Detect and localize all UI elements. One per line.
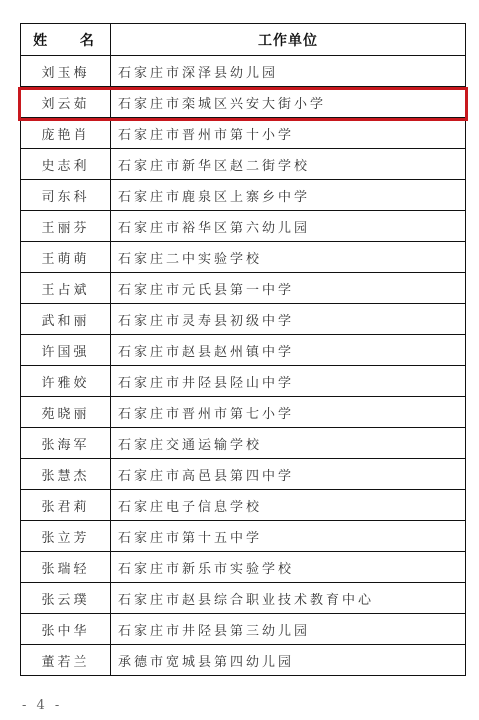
unit-cell: 石家庄市裕华区第六幼儿园: [111, 211, 466, 242]
header-unit: 工作单位: [111, 24, 466, 56]
table-row: 董若兰承德市宽城县第四幼儿园: [21, 645, 466, 676]
table-row: 王丽芬石家庄市裕华区第六幼儿园: [21, 211, 466, 242]
unit-cell: 石家庄市新华区赵二街学校: [111, 149, 466, 180]
name-cell: 王占斌: [21, 273, 111, 304]
unit-cell: 石家庄市高邑县第四中学: [111, 459, 466, 490]
staff-table: 姓 名 工作单位 刘玉梅石家庄市深泽县幼儿园刘云茹石家庄市栾城区兴安大街小学庞艳…: [20, 23, 466, 676]
name-cell: 张中华: [21, 614, 111, 645]
table-row: 张君莉石家庄电子信息学校: [21, 490, 466, 521]
name-cell: 张云璞: [21, 583, 111, 614]
unit-cell: 石家庄市赵县赵州镇中学: [111, 335, 466, 366]
name-cell: 王丽芬: [21, 211, 111, 242]
unit-cell: 石家庄电子信息学校: [111, 490, 466, 521]
unit-cell: 石家庄市晋州市第十小学: [111, 118, 466, 149]
unit-cell: 石家庄市元氏县第一中学: [111, 273, 466, 304]
unit-cell: 承德市宽城县第四幼儿园: [111, 645, 466, 676]
name-cell: 庞艳肖: [21, 118, 111, 149]
page-number: - 4 -: [22, 698, 62, 713]
unit-cell: 石家庄市栾城区兴安大街小学: [111, 87, 466, 118]
unit-cell: 石家庄市晋州市第七小学: [111, 397, 466, 428]
table-row: 苑晓丽石家庄市晋州市第七小学: [21, 397, 466, 428]
unit-cell: 石家庄市鹿泉区上寨乡中学: [111, 180, 466, 211]
table-row: 武和丽石家庄市灵寿县初级中学: [21, 304, 466, 335]
table-header-row: 姓 名 工作单位: [21, 24, 466, 56]
name-cell: 史志利: [21, 149, 111, 180]
table-row: 张中华石家庄市井陉县第三幼儿园: [21, 614, 466, 645]
unit-cell: 石家庄市第十五中学: [111, 521, 466, 552]
unit-cell: 石家庄市赵县综合职业技术教育中心: [111, 583, 466, 614]
table-row: 张瑞轻石家庄市新乐市实验学校: [21, 552, 466, 583]
name-cell: 张瑞轻: [21, 552, 111, 583]
table-row: 刘玉梅石家庄市深泽县幼儿园: [21, 56, 466, 87]
unit-cell: 石家庄市深泽县幼儿园: [111, 56, 466, 87]
unit-cell: 石家庄市灵寿县初级中学: [111, 304, 466, 335]
name-cell: 苑晓丽: [21, 397, 111, 428]
name-cell: 王萌萌: [21, 242, 111, 273]
unit-cell: 石家庄市新乐市实验学校: [111, 552, 466, 583]
table-row: 张立芳石家庄市第十五中学: [21, 521, 466, 552]
name-cell: 张君莉: [21, 490, 111, 521]
name-cell: 刘玉梅: [21, 56, 111, 87]
table-row: 王占斌石家庄市元氏县第一中学: [21, 273, 466, 304]
table-row: 王萌萌石家庄二中实验学校: [21, 242, 466, 273]
name-cell: 张海军: [21, 428, 111, 459]
table-row: 张云璞石家庄市赵县综合职业技术教育中心: [21, 583, 466, 614]
table-row: 许雅姣石家庄市井陉县陉山中学: [21, 366, 466, 397]
table-row: 张慧杰石家庄市高邑县第四中学: [21, 459, 466, 490]
unit-cell: 石家庄交通运输学校: [111, 428, 466, 459]
table-row: 司东科石家庄市鹿泉区上寨乡中学: [21, 180, 466, 211]
unit-cell: 石家庄二中实验学校: [111, 242, 466, 273]
table-row: 庞艳肖石家庄市晋州市第十小学: [21, 118, 466, 149]
table-row: 刘云茹石家庄市栾城区兴安大街小学: [21, 87, 466, 118]
unit-cell: 石家庄市井陉县陉山中学: [111, 366, 466, 397]
name-cell: 刘云茹: [21, 87, 111, 118]
unit-cell: 石家庄市井陉县第三幼儿园: [111, 614, 466, 645]
table-row: 史志利石家庄市新华区赵二街学校: [21, 149, 466, 180]
name-cell: 司东科: [21, 180, 111, 211]
name-cell: 张立芳: [21, 521, 111, 552]
name-cell: 武和丽: [21, 304, 111, 335]
table-row: 许国强石家庄市赵县赵州镇中学: [21, 335, 466, 366]
name-cell: 许雅姣: [21, 366, 111, 397]
name-cell: 许国强: [21, 335, 111, 366]
name-cell: 张慧杰: [21, 459, 111, 490]
header-name: 姓 名: [21, 24, 111, 56]
table-row: 张海军石家庄交通运输学校: [21, 428, 466, 459]
name-cell: 董若兰: [21, 645, 111, 676]
